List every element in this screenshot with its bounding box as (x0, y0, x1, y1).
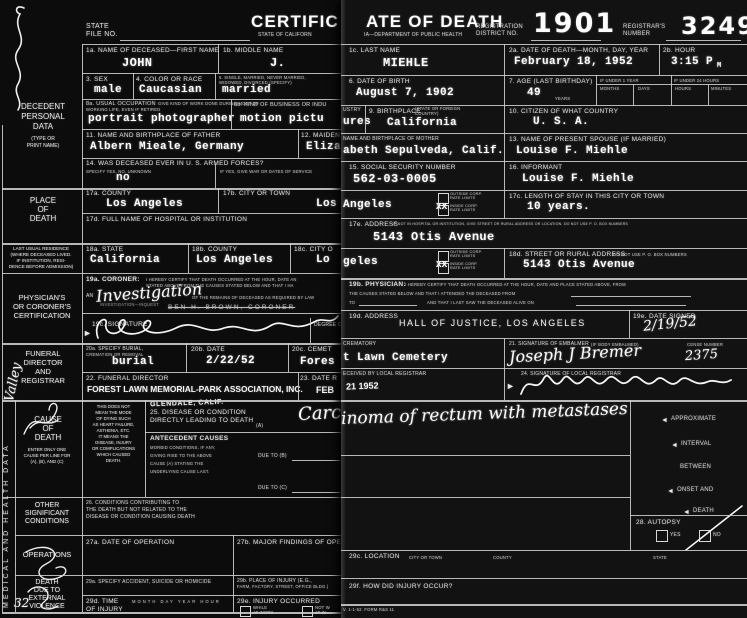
field-11-value: Albern Mieale, Germany (90, 141, 244, 153)
field-13-label: 13. NAME OF PRESENT SPOUSE (IF MARRIED) (509, 136, 666, 143)
rule (633, 84, 634, 105)
registrar-number-label-1: REGISTRAR'S (623, 24, 665, 30)
due-to-c-label: DUE TO (C) (258, 485, 287, 491)
field-5-value: married (222, 84, 271, 96)
field-29c-city-label: CITY OR TOWN (409, 555, 442, 560)
antecedent-causes-label: ANTECEDENT CAUSES (150, 435, 228, 442)
arrow-left-icon-2: ◄ (671, 442, 678, 449)
antecedent-line-3: CAUSE (A) STATING THE (150, 461, 204, 466)
inside-corp-label-2: RATE LIMITS (450, 208, 475, 212)
field-17a-value: Los Angeles (106, 198, 183, 210)
handwritten-margin-squiggle (8, 2, 36, 116)
rule (629, 310, 630, 338)
field-23-frag-value-stamp: 21 1952 (346, 380, 379, 391)
handwritten-investigation: Investigation (95, 279, 202, 305)
rule (671, 75, 672, 105)
field-29b-label-2: FARM, FACTORY, STREET, OFFICE BLDG.) (237, 584, 328, 589)
interval-label-1: APPROXIMATE (671, 416, 716, 422)
field-2a-value: February 18, 1952 (514, 56, 633, 68)
field-4-label: 4. COLOR OR RACE (136, 76, 203, 83)
field-27a-label: 27a. DATE OF OPERATION (86, 539, 174, 546)
rule (666, 40, 741, 41)
field-19a-cert-post: OF THE REMAINS OF DECEASED AS REQUIRED B… (192, 295, 314, 300)
field-6-label: 6. DATE OF BIRTH (349, 78, 410, 85)
field-17e-label: 17e. ADDRESS (349, 221, 398, 228)
scan-seam (341, 0, 346, 618)
state-file-label-2: FILE NO. (86, 31, 118, 38)
field-27b-label: 27b. MAJOR FINDINGS OF OPE (237, 539, 341, 546)
registration-district-label-2: DISTRICT NO. (476, 31, 518, 37)
rule (504, 44, 505, 75)
arrow-right-icon-registrar: ► (506, 381, 515, 391)
field-17d-label: 17d. FULL NAME OF HOSPITAL OR INSTITUTIO… (86, 216, 247, 223)
certificate-page-left: STATE FILE NO. CERTIFIC STATE OF CALIFOR… (0, 0, 347, 618)
rule (82, 129, 341, 130)
field-17c-label: 17c. LENGTH OF STAY IN THIS CITY OR TOWN (509, 193, 664, 200)
rule (359, 305, 417, 306)
under-1-year-months: MONTHS (600, 86, 619, 91)
under-24-hours-minutes: MINUTES (711, 86, 731, 91)
cause-note-6: IT MEANS THE (84, 434, 143, 439)
rule (186, 343, 187, 372)
margin-place-1: PLACE (10, 196, 76, 205)
form-number: V. 1-1-52. FORM R&S 11 (343, 607, 394, 612)
rule (288, 343, 289, 372)
under-24-hours-hours: HOURS (675, 86, 691, 91)
field-29d-label-1: 29d. TIME (86, 598, 119, 605)
checkbox-autopsy-yes (656, 530, 668, 542)
margin-other-1: OTHER (16, 502, 78, 509)
field-7-unit: YEARS (555, 96, 570, 101)
rule (341, 550, 747, 551)
registration-district-label-1: REGISTRATION (476, 24, 523, 30)
field-20c-label: 20c. CEMET (292, 346, 332, 353)
field-7-value: 49 (527, 87, 541, 99)
rule (504, 190, 505, 218)
field-4-value: Caucasian (139, 84, 202, 96)
rule (630, 515, 747, 516)
field-26-line-1: 26. CONDITIONS CONTRIBUTING TO (86, 500, 179, 506)
margin-decedent-2: PERSONAL (10, 112, 76, 121)
rule (531, 40, 601, 41)
rule (341, 190, 747, 191)
rule (292, 492, 340, 493)
field-19d-label: 19d. ADDRESS (349, 313, 398, 320)
rule (504, 105, 505, 133)
field-18d-value: 5143 Otis Avenue (523, 259, 635, 271)
field-19a-cert-pre: AN (86, 293, 93, 299)
rule (341, 400, 747, 402)
rule (82, 44, 341, 45)
rule (341, 578, 747, 579)
field-25-label-2: DIRECTLY LEADING TO DEATH (150, 417, 253, 424)
margin-place-3: DEATH (10, 214, 76, 223)
field-8a-value: portrait photographer (88, 113, 235, 125)
handwritten-license-number: 2375 (685, 347, 719, 364)
field-10-value: U. S. A. (533, 116, 589, 128)
field-28-label: 28. AUTOPSY (636, 519, 681, 526)
field-20b-value: 2/22/52 (206, 355, 255, 367)
field-19b-cert-line-2: THE CAUSES STATED BELOW AND THAT I ATTEN… (349, 291, 515, 296)
rule (341, 105, 747, 106)
field-6-value: August 7, 1902 (356, 87, 454, 99)
field-9-value: California (387, 117, 457, 129)
interval-label-4: ONSET AND (677, 487, 713, 493)
field-8a-sublabel-2: WORKING LIFE, EVEN IF RETIRED (86, 107, 160, 112)
field-3-value: male (94, 84, 122, 96)
field-17e-small: IF NOT IN HOSPITAL OR INSTITUTION, GIVE … (393, 222, 628, 226)
field-18b-label: 18b. COUNTY (192, 246, 237, 253)
field-2b-value: 3:15 P (671, 56, 713, 68)
rule (341, 278, 747, 280)
cause-note-1: THIS DOES NOT (84, 404, 143, 409)
rule (215, 73, 216, 99)
field-3-label: 3. SEX (86, 76, 108, 83)
rule (341, 133, 747, 134)
field-29c-county-label: COUNTY (493, 555, 512, 560)
margin-cause-note-2: CAUSE PER LINE FOR (16, 453, 78, 458)
field-20c-frag-value: t Lawn Cemetery (343, 352, 448, 364)
rule (82, 372, 341, 373)
field-1b-label: 1b. MIDDLE NAME (223, 47, 284, 54)
field-11-label: 11. NAME AND BIRTHPLACE OF FATHER (86, 132, 221, 139)
field-25-a-label: (A) (256, 423, 263, 429)
field-23-value-stamp: FEB (316, 385, 334, 395)
field-1c-value: MIEHLE (383, 56, 429, 70)
cause-note-9: WHICH CAUSED (84, 452, 143, 457)
rule (659, 44, 660, 75)
field-23-frag-label: ECEIVED BY LOCAL REGISTRAR (343, 371, 426, 377)
cause-note-2: MEAN THE MODE (84, 410, 143, 415)
rule (215, 164, 216, 188)
rule (231, 99, 232, 129)
field-23-label: 23. DATE R (300, 375, 337, 382)
field-8b-frag-value: ures (343, 116, 371, 128)
field-22-label: 22. FUNERAL DIRECTOR (86, 375, 169, 382)
cause-note-7: DISEASE, INJURY (84, 440, 143, 445)
margin-funeral-1: FUNERAL (10, 349, 76, 358)
field-8b-label: 8b. KIND OF BUSINESS OR INDU (234, 102, 327, 108)
rule (310, 318, 311, 343)
rule (365, 105, 366, 133)
rule (15, 400, 16, 612)
cause-note-5: ASTHENIA, ETC. (84, 428, 143, 433)
rule (233, 535, 234, 575)
field-8b-frag-label: USTRY (343, 107, 361, 113)
rule (82, 44, 83, 612)
rule (2, 343, 341, 345)
registration-district-number: 1901 (533, 8, 616, 39)
certificate-subtitle-left: STATE OF CALIFORN (258, 32, 312, 38)
field-17b-frag-value: Angeles (343, 199, 392, 211)
interval-label-3: BETWEEN (680, 464, 711, 470)
handwritten-autopsy-slash (676, 498, 746, 553)
margin-decedent-1: DECEDENT (10, 102, 76, 111)
certificate-title-left: CERTIFIC (251, 12, 339, 32)
field-29e-label: 29e. INJURY OCCURRED (237, 598, 320, 605)
rule (708, 84, 709, 105)
rule (82, 99, 341, 100)
field-19b-cert-line-3b: AND THAT I LAST SAW THE DECEASED ALIVE O… (427, 300, 534, 305)
field-1a-label: 1a. NAME OF DECEASED—FIRST NAME (86, 47, 219, 54)
margin-physician-3: CERTIFICATION (6, 311, 78, 320)
margin-cause-note-1: ENTER ONLY ONE (16, 447, 78, 452)
rule (341, 368, 747, 369)
rule (2, 497, 341, 498)
field-15-label: 15. SOCIAL SECURITY NUMBER (349, 164, 456, 171)
field-18b-value: Los Angeles (196, 254, 273, 266)
field-29d-columns: MONTH DAY YEAR HOUR (132, 599, 221, 604)
registrar-number-label-2: NUMBER (623, 31, 650, 37)
due-to-b-label: DUE TO (B) (258, 453, 287, 459)
rule (341, 248, 747, 249)
xx-mark-17: XX (436, 202, 448, 212)
field-29a-label: 29a. SPECIFY ACCIDENT, SUICIDE OR HOMICI… (86, 579, 211, 585)
field-19a-struck-coroner-name: BEN H. BROWN, CORONER (168, 304, 295, 311)
field-26-line-2: THE DEATH BUT NOT RELATED TO THE (86, 507, 187, 513)
rule (596, 75, 597, 105)
rule (298, 372, 299, 400)
certificate-page-right: ATE OF DEATH IA—DEPARTMENT OF PUBLIC HEA… (341, 0, 747, 618)
rule (145, 400, 146, 497)
field-29c-label: 29c. LOCATION (349, 553, 400, 560)
rule (341, 218, 747, 219)
field-12-frag-label: NAME AND BIRTHPLACE OF MOTHER (343, 136, 439, 142)
margin-residence-4: DENCE BEFORE ADMISSION) (2, 264, 80, 269)
field-17c-value: 10 years. (527, 201, 590, 213)
field-14-sublabel-2: IF YES, GIVE WAR OR DATES OF SERVICE (220, 169, 312, 174)
margin-physician-2: OR CORONER'S (6, 302, 78, 311)
rule (341, 604, 747, 606)
rule (630, 400, 631, 550)
field-1b-value: J. (270, 56, 285, 70)
rule (341, 338, 747, 339)
rule (2, 612, 341, 614)
field-12-label: 12. MAIDEN (301, 132, 340, 139)
field-18d-small: DO NOT USE P. O. BOX NUMBERS (613, 252, 687, 257)
rule (341, 455, 630, 456)
margin-other-3: CONDITIONS (16, 518, 78, 525)
field-16-label: 16. INFORMANT (509, 164, 562, 171)
field-17b-value: Los (316, 198, 337, 210)
field-17b-label: 17b. CITY OR TOWN (223, 190, 290, 197)
antecedent-line-4: UNDERLYING CAUSE LAST. (150, 469, 209, 474)
field-20c-value: Fores (300, 356, 335, 368)
rule (341, 310, 747, 311)
outside-corp-label-2: RATE LIMITS (450, 196, 475, 200)
rule (2, 400, 341, 402)
field-1a-value: JOHN (122, 56, 152, 70)
margin-decedent-5: PRINT NAME) (10, 143, 76, 149)
rule (82, 595, 341, 596)
rule (218, 44, 219, 73)
margin-decedent-3: DATA (10, 122, 76, 131)
rule (504, 248, 505, 278)
rule (292, 460, 340, 461)
field-18c-frag-value: geles (343, 256, 378, 268)
rule (2, 273, 341, 274)
rule (120, 40, 250, 41)
margin-other-2: SIGNIFICANT (16, 510, 78, 517)
antecedent-line-1: MORBID CONDITIONS, IF ANY, (150, 445, 216, 450)
field-18a-label: 18a. STATE (86, 246, 123, 253)
local-registrar-signature (517, 370, 737, 400)
field-9-small-2: COUNTRY) (415, 111, 439, 116)
rule (15, 535, 341, 536)
field-12-frag-value: abeth Sepulveda, Calif. (343, 145, 504, 157)
rule (82, 73, 341, 74)
cause-note-10: DEATH. (84, 458, 143, 463)
rule (82, 313, 341, 314)
field-19d-value: HALL OF JUSTICE, LOS ANGELES (399, 318, 586, 328)
field-1c-label: 1c. LAST NAME (349, 47, 400, 54)
field-19a-label: 19a. CORONER: (86, 276, 140, 283)
field-2b-label: 2b. HOUR (663, 47, 695, 54)
field-15-value: 562-03-0005 (353, 172, 437, 186)
rule (290, 243, 291, 273)
rule (218, 188, 219, 213)
rule (82, 213, 341, 214)
field-20b-label: 20b. DATE (191, 346, 225, 353)
state-file-label-1: STATE (86, 23, 109, 30)
field-16-value: Louise F. Miehle (522, 173, 634, 185)
arrow-left-icon-1: ◄ (661, 417, 668, 424)
field-19b-label: 19b. PHYSICIAN: (349, 281, 406, 288)
rule (133, 73, 134, 99)
rule (504, 133, 505, 161)
field-14-value: no (116, 172, 130, 184)
rule (504, 338, 505, 400)
field-12-value: Eliza (306, 141, 341, 153)
rule (504, 161, 505, 190)
rule (188, 243, 189, 273)
margin-residence-2: (WHERE DECEASED LIVED. (2, 252, 80, 257)
margin-place-2: OF (10, 205, 76, 214)
margin-residence-1: LAST USUAL RESIDENCE (2, 246, 80, 251)
field-2a-label: 2a. DATE OF DEATH—MONTH, DAY, YEAR (509, 47, 648, 54)
field-18c-value: Lo (316, 254, 330, 266)
field-29c-state-label: STATE (653, 555, 667, 560)
under-1-year-label: IF UNDER 1 YEAR (600, 78, 639, 83)
outside-corp-18-label-2: RATE LIMITS (450, 254, 475, 258)
field-18a-value: California (90, 254, 160, 266)
field-19b-cert-line-3a: TO (349, 300, 355, 305)
handwritten-carcinoma-start: Carc (297, 402, 341, 425)
field-22-value-stamp: FOREST LAWN MEMORIAL-PARK ASSOCIATION, I… (87, 384, 303, 394)
arrow-right-icon: ► (83, 328, 92, 338)
rule (341, 44, 747, 45)
rule (82, 158, 341, 159)
rule (15, 575, 341, 576)
field-17e-value: 5143 Otis Avenue (373, 230, 495, 244)
inside-corp-18-label-2: RATE LIMITS (450, 266, 475, 270)
field-18c-label: 18c. CITY O (294, 246, 333, 253)
margin-decedent-4: (TYPE OR (10, 136, 76, 142)
field-29f-label: 29f. HOW DID INJURY OCCUR? (349, 583, 453, 590)
rule (2, 125, 3, 612)
margin-residence-3: IF INSTITUTION, RESI- (2, 258, 80, 263)
rule (341, 161, 747, 162)
cause-note-3: OF DYING SUCH (84, 416, 143, 421)
field-26-line-3: DISEASE OR CONDITION CAUSING DEATH (86, 514, 195, 520)
rule (341, 497, 630, 498)
field-17a-label: 17a. COUNTY (86, 190, 131, 197)
field-20a-value: burial (112, 356, 154, 368)
rule (2, 188, 341, 190)
margin-physician-1: PHYSICIAN'S (6, 293, 78, 302)
field-9-label: 9. BIRTHPLACE (369, 108, 421, 115)
under-1-year-days: DAYS (638, 86, 650, 91)
rule (298, 129, 299, 158)
rule (341, 75, 747, 76)
registrar-number-value: 3249 (681, 12, 747, 40)
rule (576, 305, 686, 306)
certificate-subtitle-right: IA—DEPARTMENT OF PUBLIC HEALTH (364, 32, 462, 38)
arrow-left-icon-3: ◄ (667, 488, 674, 495)
field-14-label: 14. WAS DECEASED EVER IN U. S. ARMED FOR… (86, 160, 264, 167)
xx-mark-18: XX (436, 260, 448, 270)
cause-note-4: AS HEART FAILURE, (84, 422, 143, 427)
handwritten-cause-of-death: inoma of rectum with metastases (341, 399, 628, 429)
rule (504, 75, 505, 105)
margin-vertical-medical-data: MEDICAL AND HEALTH DATA (3, 443, 10, 608)
cause-note-8: OR COMPLICATIONS (84, 446, 143, 451)
field-8b-value: motion pictu (240, 113, 324, 125)
interval-label-2: INTERVAL (681, 441, 711, 447)
field-18d-label: 18d. STREET OR RURAL ADDRESS (509, 251, 625, 258)
margin-cause-note-3: (A), (B), AND (C) (16, 459, 78, 464)
rule (571, 296, 691, 297)
field-2b-value-meridiem: M (717, 62, 722, 70)
field-10-label: 10. CITIZEN OF WHAT COUNTRY (509, 108, 618, 115)
field-19b-cert-line-1: I HEREBY CERTIFY THAT DEATH OCCURRED AT … (405, 282, 626, 287)
field-20c-frag-label: CREMATORY (343, 341, 376, 347)
handwritten-flourish-cause (18, 398, 73, 443)
field-25-label-1: 25. DISEASE OR CONDITION (150, 409, 246, 416)
field-7-label: 7. AGE (LAST BIRTHDAY) (509, 78, 593, 85)
death-certificate-scan: STATE FILE NO. CERTIFIC STATE OF CALIFOR… (0, 0, 747, 618)
handwritten-scrawl-violence (14, 540, 76, 616)
rule (145, 432, 341, 433)
field-13-value: Louise F. Miehle (516, 145, 628, 157)
antecedent-line-2: GIVING RISE TO THE ABOVE (150, 453, 212, 458)
rule (233, 575, 234, 612)
under-24-hours-label: IF UNDER 24 HOURS (674, 78, 719, 83)
field-21-license-label: CENSE NUMBER (687, 342, 723, 347)
